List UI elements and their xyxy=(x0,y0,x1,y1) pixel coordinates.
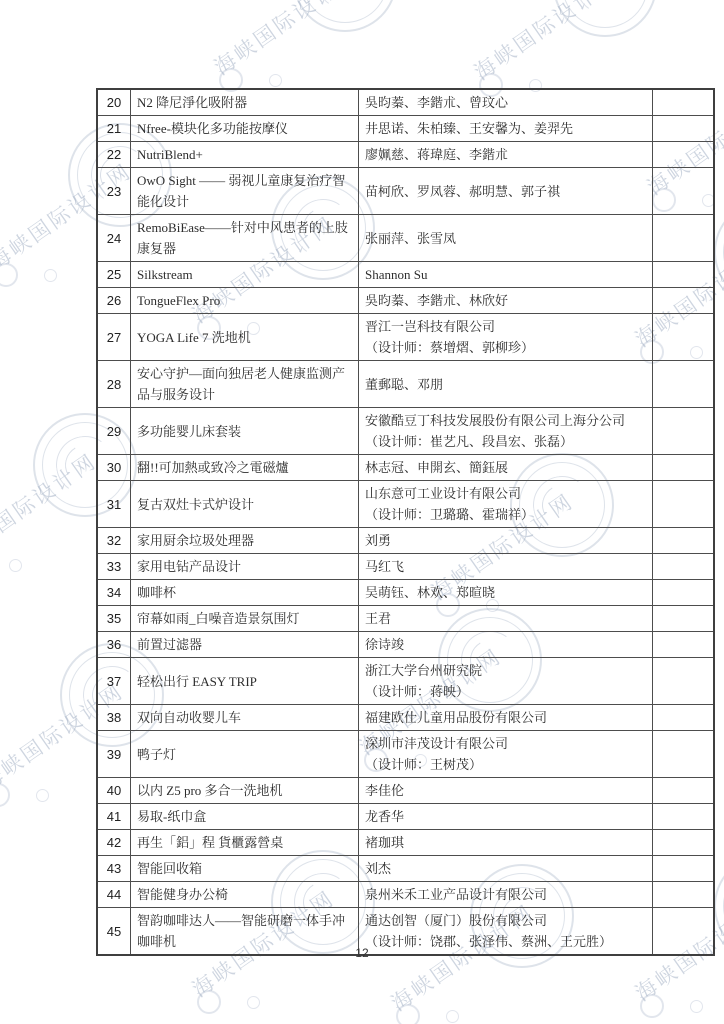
entry-people-line: 山东意可工业设计有限公司 xyxy=(365,483,646,504)
entry-blank-cell xyxy=(653,606,715,632)
entry-people: 马红飞 xyxy=(359,554,653,580)
entry-people: 苗柯欣、罗凤蓉、郝明慧、郭子祺 xyxy=(359,168,653,215)
watermark-seal-circle xyxy=(571,0,638,19)
table-row: 29多功能婴儿床套装安徽酷豆丁科技发展股份有限公司上海分公司（设计师：崔艺凡、段… xyxy=(97,408,714,455)
entry-people-line: Shannon Su xyxy=(365,264,646,285)
watermark-seal-circle xyxy=(0,783,10,807)
watermark-seal-circle xyxy=(553,0,657,37)
table-row: 35帘幕如雨_白噪音造景氛围灯王君 xyxy=(97,606,714,632)
entry-number: 33 xyxy=(97,554,131,580)
watermark-seal-circle xyxy=(311,0,378,14)
entry-name: 双向自动收婴儿车 xyxy=(131,705,359,731)
entry-blank-cell xyxy=(653,705,715,731)
entry-people: 福建欧仕儿童用品股份有限公司 xyxy=(359,705,653,731)
entry-people: 晋江一岂科技有限公司（设计师：蔡增熠、郭柳珍） xyxy=(359,314,653,361)
entry-name: 易取-纸巾盒 xyxy=(131,804,359,830)
entry-name: 复古双灶卡式炉设计 xyxy=(131,481,359,528)
table-row: 32家用厨余垃圾处理器刘勇 xyxy=(97,528,714,554)
entry-number: 31 xyxy=(97,481,131,528)
entry-name: 前置过滤器 xyxy=(131,632,359,658)
entry-number: 24 xyxy=(97,215,131,262)
entry-name: 帘幕如雨_白噪音造景氛围灯 xyxy=(131,606,359,632)
entry-name: 咖啡杯 xyxy=(131,580,359,606)
entries-body: 20N2 降尼淨化吸附器吳昀蓁、李鍇朮、曾玟心21Nfree-模块化多功能按摩仪… xyxy=(97,89,714,955)
entry-name: 再生「鋁」程 貨櫃露營桌 xyxy=(131,830,359,856)
watermark-seal-circle xyxy=(446,1010,459,1023)
entry-people: 刘杰 xyxy=(359,856,653,882)
watermark-text: 海峡国际设计网 xyxy=(0,441,109,571)
entry-blank-cell xyxy=(653,528,715,554)
watermark-seal-circle xyxy=(44,269,57,282)
entry-number: 22 xyxy=(97,142,131,168)
entry-people: 董郵聪、邓朋 xyxy=(359,361,653,408)
table-row: 37轻松出行 EASY TRIP浙江大学台州研究院（设计师：蒋映） xyxy=(97,658,714,705)
entry-people-line: 马红飞 xyxy=(365,556,646,577)
watermark-seal-circle xyxy=(714,200,724,304)
table-row: 21Nfree-模块化多功能按摩仪井思诺、朱柏臻、王安馨为、姜羿先 xyxy=(97,116,714,142)
entry-people-line: 吴萌钰、林欢、郑暄晓 xyxy=(365,582,646,603)
table-row: 33家用电钻产品设计马红飞 xyxy=(97,554,714,580)
entry-people-line: 褚珈琪 xyxy=(365,832,646,853)
table-row: 40以内 Z5 pro 多合一洗地机李佳伦 xyxy=(97,778,714,804)
entry-blank-cell xyxy=(653,658,715,705)
entry-people: 褚珈琪 xyxy=(359,830,653,856)
entry-people: 林志冠、申開玄、簡鈺展 xyxy=(359,455,653,481)
entry-blank-cell xyxy=(653,481,715,528)
entries-table: 20N2 降尼淨化吸附器吳昀蓁、李鍇朮、曾玟心21Nfree-模块化多功能按摩仪… xyxy=(96,88,715,956)
entry-people-line: 刘杰 xyxy=(365,858,646,879)
entry-people: 深圳市沣茂设计有限公司（设计师：王树茂） xyxy=(359,731,653,778)
entry-people: 吴萌钰、林欢、郑暄晓 xyxy=(359,580,653,606)
entry-people: 刘勇 xyxy=(359,528,653,554)
entry-name: 多功能婴儿床套装 xyxy=(131,408,359,455)
watermark-seal-circle xyxy=(0,263,18,287)
entry-number: 41 xyxy=(97,804,131,830)
entry-blank-cell xyxy=(653,455,715,481)
entry-blank-cell xyxy=(653,89,715,116)
entry-blank-cell xyxy=(653,314,715,361)
entry-people-line: 刘勇 xyxy=(365,530,646,551)
watermark-seal-circle xyxy=(269,74,282,87)
entry-name: 智能回收箱 xyxy=(131,856,359,882)
entry-people-line: 深圳市沣茂设计有限公司 xyxy=(365,733,646,754)
entry-people: 徐诗竣 xyxy=(359,632,653,658)
entry-people-line: （设计师：卫璐璐、霍瑞祥） xyxy=(365,504,646,525)
entry-blank-cell xyxy=(653,830,715,856)
watermark-seal-circle xyxy=(714,854,724,958)
table-row: 42再生「鋁」程 貨櫃露營桌褚珈琪 xyxy=(97,830,714,856)
entry-people-line: 通达创智（厦门）股份有限公司 xyxy=(365,910,646,931)
entry-people-line: 王君 xyxy=(365,608,646,629)
entry-blank-cell xyxy=(653,215,715,262)
entry-people-line: 浙江大学台州研究院 xyxy=(365,660,646,681)
entry-number: 26 xyxy=(97,288,131,314)
entry-name: 家用电钻产品设计 xyxy=(131,554,359,580)
entry-number: 35 xyxy=(97,606,131,632)
entry-number: 39 xyxy=(97,731,131,778)
table-row: 36前置过滤器徐诗竣 xyxy=(97,632,714,658)
entry-people-line: 晋江一岂科技有限公司 xyxy=(365,316,646,337)
table-row: 34咖啡杯吴萌钰、林欢、郑暄晓 xyxy=(97,580,714,606)
entry-people-line: （设计师：王树茂） xyxy=(365,754,646,775)
entry-people-line: 吳昀蓁、李鍇朮、林欣好 xyxy=(365,290,646,311)
entry-number: 34 xyxy=(97,580,131,606)
table-row: 24RemoBiEase——针对中风患者的上肢康复器张丽萍、张雪凤 xyxy=(97,215,714,262)
entry-name: OwO Sight —— 弱视儿童康复治疗智能化设计 xyxy=(131,168,359,215)
entry-name: RemoBiEase——针对中风患者的上肢康复器 xyxy=(131,215,359,262)
entry-number: 43 xyxy=(97,856,131,882)
watermark-seal-circle xyxy=(321,0,370,4)
entry-people-line: 井思诺、朱柏臻、王安馨为、姜羿先 xyxy=(365,118,646,139)
entry-blank-cell xyxy=(653,288,715,314)
entry-blank-cell xyxy=(653,168,715,215)
watermark-seal-circle xyxy=(562,0,648,28)
entry-number: 32 xyxy=(97,528,131,554)
entry-people: 张丽萍、张雪凤 xyxy=(359,215,653,262)
entry-people-line: （设计师：崔艺凡、段昌宏、张磊） xyxy=(365,431,646,452)
entry-name: NutriBlend+ xyxy=(131,142,359,168)
watermark-seal-circle xyxy=(247,996,260,1009)
entry-blank-cell xyxy=(653,778,715,804)
entry-name: YOGA Life 7 洗地机 xyxy=(131,314,359,361)
watermark-seal-circle xyxy=(293,0,397,32)
table-row: 41易取-纸巾盒龙香华 xyxy=(97,804,714,830)
table-row: 44智能健身办公椅泉州米禾工业产品设计有限公司 xyxy=(97,882,714,908)
entry-people-line: 董郵聪、邓朋 xyxy=(365,374,646,395)
entry-blank-cell xyxy=(653,408,715,455)
table-row: 31复古双灶卡式炉设计山东意可工业设计有限公司（设计师：卫璐璐、霍瑞祥） xyxy=(97,481,714,528)
entry-people: 吳昀蓁、李鍇朮、林欣好 xyxy=(359,288,653,314)
entry-blank-cell xyxy=(653,554,715,580)
entry-name: 以内 Z5 pro 多合一洗地机 xyxy=(131,778,359,804)
entry-people-line: 龙香华 xyxy=(365,806,646,827)
watermark-seal-circle xyxy=(36,789,49,802)
entry-name: Silkstream xyxy=(131,262,359,288)
watermark-seal-circle xyxy=(396,1004,420,1024)
table-row: 20N2 降尼淨化吸附器吳昀蓁、李鍇朮、曾玟心 xyxy=(97,89,714,116)
entry-blank-cell xyxy=(653,856,715,882)
entry-name: 轻松出行 EASY TRIP xyxy=(131,658,359,705)
entry-people-line: 张丽萍、张雪凤 xyxy=(365,228,646,249)
entry-people-line: （设计师：蔡增熠、郭柳珍） xyxy=(365,337,646,358)
entry-people: 安徽酷豆丁科技发展股份有限公司上海分公司（设计师：崔艺凡、段昌宏、张磊） xyxy=(359,408,653,455)
entry-blank-cell xyxy=(653,142,715,168)
entry-people-line: 徐诗竣 xyxy=(365,634,646,655)
entry-number: 38 xyxy=(97,705,131,731)
watermark-text: 海峡国际设计网 xyxy=(461,0,629,91)
table-row: 27YOGA Life 7 洗地机晋江一岂科技有限公司（设计师：蔡增熠、郭柳珍） xyxy=(97,314,714,361)
entry-blank-cell xyxy=(653,882,715,908)
entry-blank-cell xyxy=(653,580,715,606)
watermark-seal-circle xyxy=(9,559,22,572)
entry-people: 泉州米禾工业产品设计有限公司 xyxy=(359,882,653,908)
entry-blank-cell xyxy=(653,361,715,408)
watermark-seal-circle xyxy=(690,1000,703,1013)
entry-blank-cell xyxy=(653,804,715,830)
entry-people-line: 苗柯欣、罗凤蓉、郝明慧、郭子祺 xyxy=(365,181,646,202)
entry-name: 鸭子灯 xyxy=(131,731,359,778)
page-number: 12 xyxy=(0,946,724,960)
entry-blank-cell xyxy=(653,116,715,142)
entry-people: 山东意可工业设计有限公司（设计师：卫璐璐、霍瑞祥） xyxy=(359,481,653,528)
entry-number: 30 xyxy=(97,455,131,481)
entry-number: 36 xyxy=(97,632,131,658)
entry-people: Shannon Su xyxy=(359,262,653,288)
entry-name: 家用厨余垃圾处理器 xyxy=(131,528,359,554)
entry-number: 37 xyxy=(97,658,131,705)
entry-number: 29 xyxy=(97,408,131,455)
entry-number: 42 xyxy=(97,830,131,856)
entry-people-line: 吳昀蓁、李鍇朮、曾玟心 xyxy=(365,92,646,113)
table-row: 28安心守护—面向独居老人健康监测产品与服务设计董郵聪、邓朋 xyxy=(97,361,714,408)
table-row: 23OwO Sight —— 弱视儿童康复治疗智能化设计苗柯欣、罗凤蓉、郝明慧、… xyxy=(97,168,714,215)
entry-people: 浙江大学台州研究院（设计师：蒋映） xyxy=(359,658,653,705)
entry-people: 李佳伦 xyxy=(359,778,653,804)
watermark-seal-circle xyxy=(581,0,630,9)
entry-people: 龙香华 xyxy=(359,804,653,830)
watermark-seal-circle xyxy=(302,0,388,23)
table-row: 43智能回收箱刘杰 xyxy=(97,856,714,882)
entry-blank-cell xyxy=(653,731,715,778)
table-row: 26TongueFlex Pro吳昀蓁、李鍇朮、林欣好 xyxy=(97,288,714,314)
table-row: 25SilkstreamShannon Su xyxy=(97,262,714,288)
entry-number: 20 xyxy=(97,89,131,116)
entry-people: 吳昀蓁、李鍇朮、曾玟心 xyxy=(359,89,653,116)
entry-name: 智能健身办公椅 xyxy=(131,882,359,908)
entry-blank-cell xyxy=(653,632,715,658)
entry-people-line: 李佳伦 xyxy=(365,780,646,801)
entry-people-line: 福建欧仕儿童用品股份有限公司 xyxy=(365,707,646,728)
entry-people: 井思诺、朱柏臻、王安馨为、姜羿先 xyxy=(359,116,653,142)
entry-number: 44 xyxy=(97,882,131,908)
table-row: 38双向自动收婴儿车福建欧仕儿童用品股份有限公司 xyxy=(97,705,714,731)
entry-number: 40 xyxy=(97,778,131,804)
entry-people-line: （设计师：蒋映） xyxy=(365,681,646,702)
entry-blank-cell xyxy=(653,262,715,288)
entry-people-line: 廖姵慈、蒋瑋庭、李鍇朮 xyxy=(365,144,646,165)
entry-number: 21 xyxy=(97,116,131,142)
watermark-seal-circle xyxy=(640,994,664,1018)
watermark-seal-circle xyxy=(197,990,221,1014)
entry-number: 25 xyxy=(97,262,131,288)
entry-number: 27 xyxy=(97,314,131,361)
entry-name: Nfree-模块化多功能按摩仪 xyxy=(131,116,359,142)
entry-number: 23 xyxy=(97,168,131,215)
table-row: 30翻!!可加熱或致冷之電磁爐林志冠、申開玄、簡鈺展 xyxy=(97,455,714,481)
entry-name: 翻!!可加熱或致冷之電磁爐 xyxy=(131,455,359,481)
entry-number: 28 xyxy=(97,361,131,408)
entry-people: 王君 xyxy=(359,606,653,632)
entry-people: 廖姵慈、蒋瑋庭、李鍇朮 xyxy=(359,142,653,168)
entry-people-line: 林志冠、申開玄、簡鈺展 xyxy=(365,457,646,478)
entry-people-line: 安徽酷豆丁科技发展股份有限公司上海分公司 xyxy=(365,410,646,431)
table-row: 22NutriBlend+廖姵慈、蒋瑋庭、李鍇朮 xyxy=(97,142,714,168)
entry-people-line: 泉州米禾工业产品设计有限公司 xyxy=(365,884,646,905)
table-row: 39鸭子灯深圳市沣茂设计有限公司（设计师：王树茂） xyxy=(97,731,714,778)
entry-name: 安心守护—面向独居老人健康监测产品与服务设计 xyxy=(131,361,359,408)
entry-name: N2 降尼淨化吸附器 xyxy=(131,89,359,116)
entry-name: TongueFlex Pro xyxy=(131,288,359,314)
watermark-text: 海峡国际设计网 xyxy=(201,0,369,86)
